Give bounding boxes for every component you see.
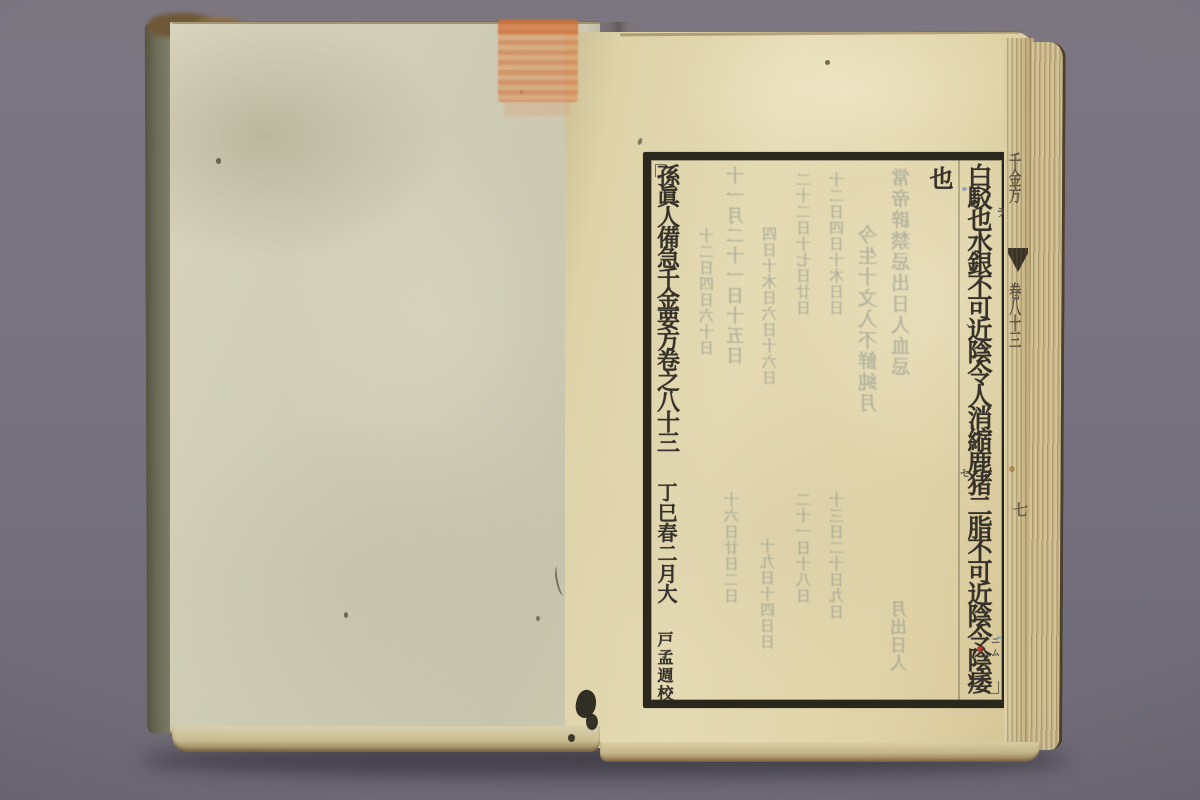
blue-fleck: [997, 636, 1001, 639]
colophon-column: 孫眞人備急千金要方卷之八十三 丁巳春二月大 戸孟週校: [655, 164, 678, 698]
colophon-collator: 戸孟週校: [655, 631, 674, 703]
column-rule: [958, 160, 960, 700]
red-mark: [977, 646, 983, 652]
ink-speck: [216, 158, 221, 164]
left-page: [170, 22, 600, 734]
photo-stage: 常帝辟禁忌出日人血忌 今生十文入不鮮純月 十二日四日十木日日 二十二日十七日廿日…: [0, 0, 1200, 800]
kunten-mark: セ: [960, 465, 970, 480]
bottom-stack-left: [172, 726, 600, 752]
brown-speck: [825, 60, 830, 65]
blue-fleck: [962, 187, 967, 191]
kunten-mark: ヽ: [963, 318, 973, 333]
text-frame-border: [643, 152, 1010, 708]
prev-column-tail: 也: [927, 166, 951, 190]
colophon-date: 丁巳春二月大: [654, 482, 678, 604]
ink-speck: [536, 616, 540, 621]
collection-seal-tail: [504, 100, 570, 116]
main-text-column: 白駁也水銀不可近陰令人消縮鹿猪二脂不可近陰令陰痿: [966, 163, 991, 695]
fore-edge-stack: [1028, 42, 1066, 750]
ink-speck: [344, 612, 348, 618]
colophon-title: 孫眞人備急千金要方卷之八十三: [653, 164, 680, 451]
ink-smudge: [568, 734, 575, 742]
bottom-stack-right: [600, 742, 1040, 762]
collection-seal-top-band: [498, 19, 578, 34]
kunten-mark: ム: [991, 646, 1000, 659]
